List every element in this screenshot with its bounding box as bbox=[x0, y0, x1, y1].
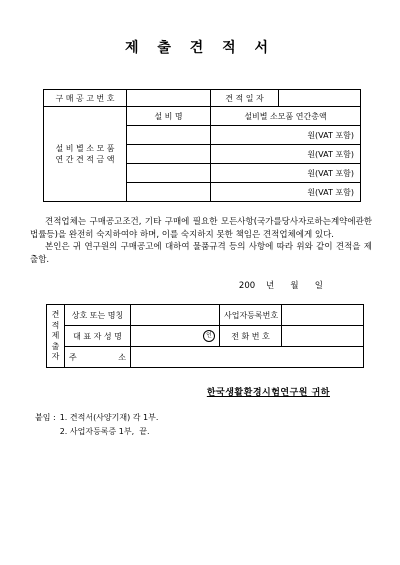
attachments-label: 붙임 : bbox=[35, 411, 56, 438]
amount-cell: 원(VAT 포함) bbox=[211, 145, 361, 164]
biz-reg-number-value-cell bbox=[282, 305, 364, 326]
terms-paragraph-2: 본인은 귀 연구원의 구매공고에 대하여 물품규격 등의 사항에 따라 위와 같… bbox=[30, 241, 372, 266]
amount-cell: 원(VAT 포함) bbox=[211, 126, 361, 145]
attachment-item-1: 1. 견적서(사양기재) 각 1부. bbox=[60, 411, 159, 425]
equipment-name-cell bbox=[127, 126, 211, 145]
annual-quote-amount-line2: 연 간 견 적 금 액 bbox=[55, 155, 114, 164]
submitter-vertical-label-cell: 견적제출자 bbox=[47, 305, 65, 368]
address-label-cell: 주 소 bbox=[65, 347, 131, 368]
representative-name-value-cell: 인 bbox=[131, 326, 220, 347]
amount-cell: 원(VAT 포함) bbox=[211, 183, 361, 202]
recipient-line: 한국생활환경시험연구원 귀하 bbox=[207, 385, 330, 398]
equipment-col-header: 설 비 명 bbox=[127, 107, 211, 126]
attachment-item-2: 2. 사업자등록증 1부, 끝. bbox=[60, 425, 159, 439]
quote-date-value-cell bbox=[279, 90, 361, 107]
submitter-info-table: 견적제출자 상호 또는 명칭 사업자등록번호 대 표 자 성 명 인 전 화 번… bbox=[46, 304, 364, 368]
phone-number-value-cell bbox=[282, 326, 364, 347]
annual-quote-amount-line1: 설 비 별 소 모 품 bbox=[55, 144, 114, 153]
biz-reg-number-label: 사업자등록번호 bbox=[220, 305, 282, 326]
date-line: 200 년 월 일 bbox=[0, 279, 323, 291]
table-row: 구 매 공 고 번 호 견 적 일 자 bbox=[44, 90, 361, 107]
company-name-value-cell bbox=[131, 305, 220, 326]
address-label-start: 주 bbox=[69, 352, 77, 363]
equipment-name-cell bbox=[127, 183, 211, 202]
terms-paragraphs: 견적업체는 구매공고조건, 기타 구매에 필요한 모든사항(국가를당사자로하는계… bbox=[30, 216, 372, 266]
address-label-end: 소 bbox=[118, 352, 126, 363]
table-row: 대 표 자 성 명 인 전 화 번 호 bbox=[47, 326, 364, 347]
quote-date-label: 견 적 일 자 bbox=[211, 90, 279, 107]
equipment-name-cell bbox=[127, 145, 211, 164]
company-name-label: 상호 또는 명칭 bbox=[65, 305, 131, 326]
representative-name-label: 대 표 자 성 명 bbox=[65, 326, 131, 347]
quotation-form-page: 제 출 견 적 서 구 매 공 고 번 호 견 적 일 자 설 비 별 소 모 … bbox=[0, 0, 400, 565]
submitter-vertical-label: 견적제출자 bbox=[51, 310, 60, 363]
amount-col-header: 설비별 소모품 연간총액 bbox=[211, 107, 361, 126]
table-row: 설 비 별 소 모 품 연 간 견 적 금 액 설 비 명 설비별 소모품 연간… bbox=[44, 107, 361, 126]
quotation-amount-table: 구 매 공 고 번 호 견 적 일 자 설 비 별 소 모 품 연 간 견 적 … bbox=[43, 89, 361, 202]
equipment-name-cell bbox=[127, 164, 211, 183]
address-value-cell bbox=[131, 347, 364, 368]
purchase-notice-value-cell bbox=[127, 90, 211, 107]
terms-paragraph-1: 견적업체는 구매공고조건, 기타 구매에 필요한 모든사항(국가를당사자로하는계… bbox=[30, 216, 372, 241]
table-row: 주 소 bbox=[47, 347, 364, 368]
purchase-notice-label: 구 매 공 고 번 호 bbox=[44, 90, 127, 107]
phone-number-label: 전 화 번 호 bbox=[220, 326, 282, 347]
document-title: 제 출 견 적 서 bbox=[0, 0, 400, 56]
annual-quote-amount-header: 설 비 별 소 모 품 연 간 견 적 금 액 bbox=[44, 107, 127, 202]
amount-cell: 원(VAT 포함) bbox=[211, 164, 361, 183]
table-row: 견적제출자 상호 또는 명칭 사업자등록번호 bbox=[47, 305, 364, 326]
seal-stamp-icon: 인 bbox=[203, 330, 215, 342]
attachments-block: 붙임 : 1. 견적서(사양기재) 각 1부. 2. 사업자등록증 1부, 끝. bbox=[35, 411, 400, 438]
